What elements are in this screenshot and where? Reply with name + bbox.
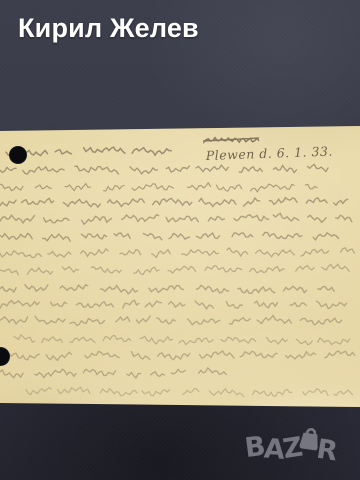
handwriting-line [26,387,352,396]
strikethrough-word [204,138,259,142]
handwriting-line [0,300,347,308]
handwriting-line [0,213,352,224]
watermark-letter: R [315,436,338,466]
watermark-letter: B [243,433,265,462]
seller-name: Кирил Желев [18,13,199,44]
handwriting-line [0,198,348,208]
handwriting-line [0,264,349,275]
handwriting-line [0,368,226,378]
handwriting-line [0,248,354,258]
handwriting-line [0,232,339,241]
listing-image[interactable]: Кирил Желев Plewen d. 6. 1. 33. BAZR [0,0,360,480]
handwriting-line [0,183,317,192]
bazar-watermark: BAZR [245,431,336,462]
postcard-dateline: Plewen d. 6. 1. 33. [205,144,334,163]
handwriting-line [0,351,355,360]
handwriting-line [0,164,328,174]
handwriting-line [0,285,334,294]
punch-hole [9,146,27,164]
watermark-letter: A [263,435,284,463]
handwriting-line [14,335,350,345]
postcard-photo: Plewen d. 6. 1. 33. [0,0,360,480]
handwriting-line [6,147,171,155]
handwriting-line [0,316,342,326]
handwriting: Plewen d. 6. 1. 33. [0,0,360,480]
